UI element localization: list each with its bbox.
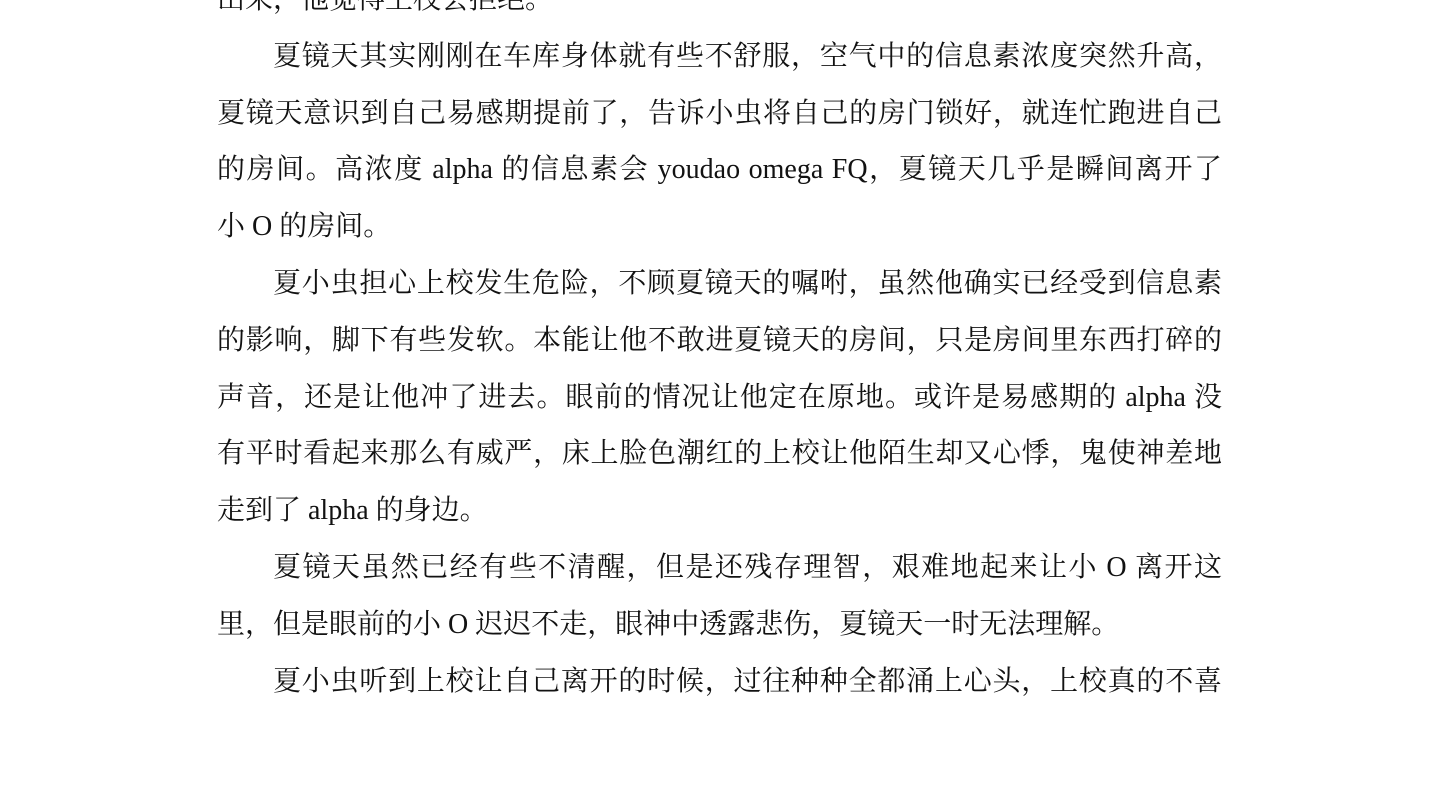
text-line: 夏镜天虽然已经有些不清醒，但是还残存理智，艰难地起来让小 O 离开这 — [217, 540, 1222, 597]
text-line: 走到了 alpha 的身边。 — [217, 483, 1222, 540]
text-line: 有平时看起来那么有威严，床上脸色潮红的上校让他陌生却又心悸，鬼使神差地 — [217, 426, 1222, 483]
text-line: 出来，他觉得上校会拒绝。 — [217, 0, 1222, 29]
text-line: 夏小虫担心上校发生危险，不顾夏镜天的嘱咐，虽然他确实已经受到信息素 — [217, 256, 1222, 313]
text-line: 里，但是眼前的小 O 迟迟不走，眼神中透露悲伤，夏镜天一时无法理解。 — [217, 597, 1222, 654]
text-line: 的影响，脚下有些发软。本能让他不敢进夏镜天的房间，只是房间里东西打碎的 — [217, 313, 1222, 370]
document-page: 出来，他觉得上校会拒绝。夏镜天其实刚刚在车库身体就有些不舒服，空气中的信息素浓度… — [0, 0, 1440, 810]
text-line: 小 O 的房间。 — [217, 199, 1222, 256]
text-line: 声音，还是让他冲了进去。眼前的情况让他定在原地。或许是易感期的 alpha 没 — [217, 370, 1222, 427]
text-block: 出来，他觉得上校会拒绝。夏镜天其实刚刚在车库身体就有些不舒服，空气中的信息素浓度… — [217, 0, 1222, 710]
text-line: 夏小虫听到上校让自己离开的时候，过往种种全都涌上心头，上校真的不喜 — [217, 654, 1222, 711]
text-line: 的房间。高浓度 alpha 的信息素会 youdao omega FQ，夏镜天几… — [217, 142, 1222, 199]
text-line: 夏镜天意识到自己易感期提前了，告诉小虫将自己的房门锁好，就连忙跑进自己 — [217, 86, 1222, 143]
text-line: 夏镜天其实刚刚在车库身体就有些不舒服，空气中的信息素浓度突然升高， — [217, 29, 1222, 86]
